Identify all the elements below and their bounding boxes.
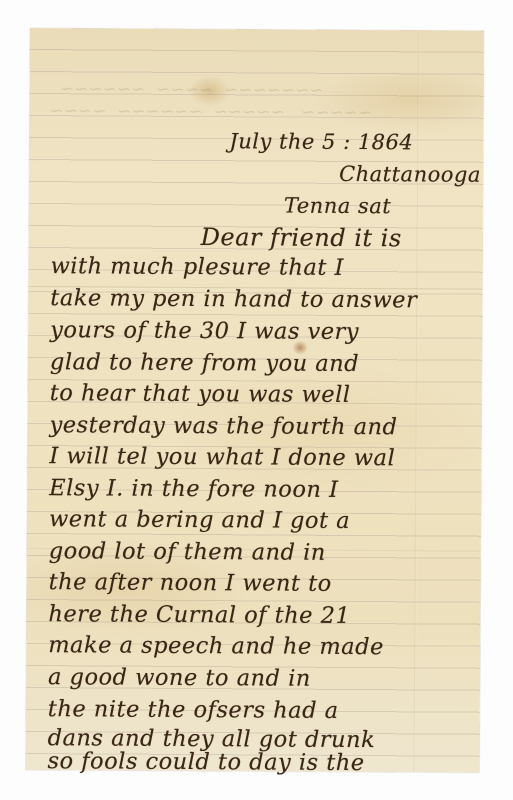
body-line: went a bering and I got a (49, 506, 350, 534)
body-line: so fools could to day is the (47, 748, 364, 776)
body-line: the nite the ofsers had a (48, 696, 339, 724)
body-line: the after noon I went to (49, 569, 332, 597)
body-line: with much plesure that I (50, 253, 344, 281)
letter-date: July the 5 : 1864 (229, 129, 413, 154)
vertical-fold (413, 30, 420, 772)
body-line: a good wone to and in (48, 664, 311, 692)
body-line: to hear that you was well (50, 380, 351, 408)
letter-place-state: Tenna sat (284, 194, 391, 219)
letter-place-city: Chattanooga (339, 162, 481, 187)
body-line: good lot of them and in (49, 538, 326, 566)
body-line: yours of the 30 I was very (50, 317, 359, 345)
letter-page: ~~~~~~~ ~~~~ ~~~~~~ ~~~~~ ~~~~~ ~~~~~~ ~… (25, 28, 484, 773)
body-line: yesterday was the fourth and (49, 412, 397, 440)
body-line: here the Curnal of the 21 (48, 601, 350, 629)
body-line: make a speech and he made (48, 632, 384, 660)
body-line: I will tel you what I done wal (49, 443, 395, 471)
body-line: glad to here from you and (50, 349, 359, 377)
bleed-through-text: ~~~~~~~ ~~~~ ~~~~~~ ~~~~~ ~~~~~ ~~~~~~ ~… (49, 78, 415, 124)
body-line: Elsy I. in the fore noon I (49, 475, 338, 503)
body-line: take my pen in hand to answer (50, 285, 417, 313)
letter-salutation: Dear friend it is (201, 223, 402, 252)
